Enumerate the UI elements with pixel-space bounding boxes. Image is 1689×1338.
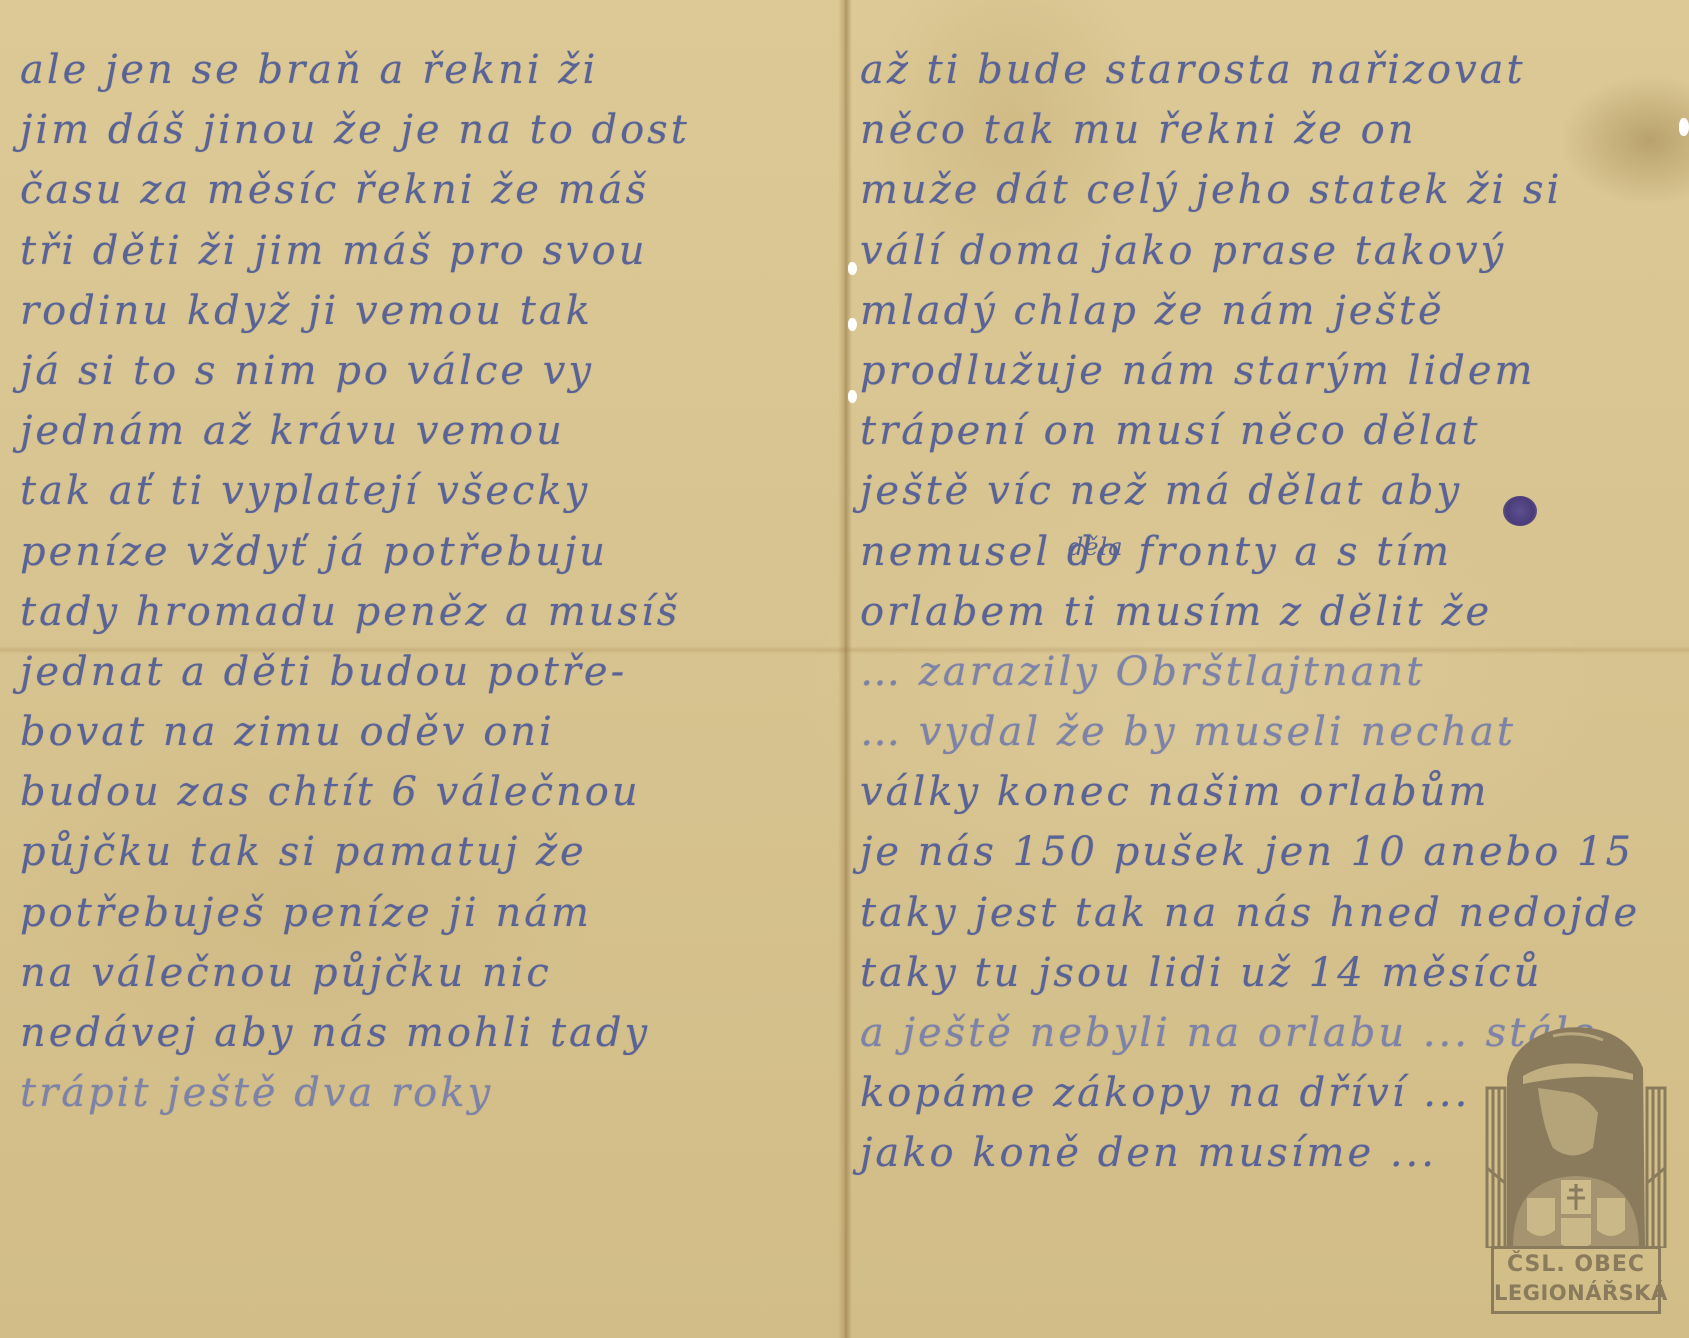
- handwritten-line: trápení on musí něco dělat: [860, 401, 1680, 461]
- handwritten-line: taky tu jsou lidi už 14 měsíců: [860, 943, 1680, 1003]
- handwritten-line: mladý chlap že nám ještě: [860, 281, 1680, 341]
- legionnaire-emblem-icon: [1483, 1018, 1669, 1248]
- paper-hole: [848, 390, 857, 403]
- handwritten-line: já si to s nim po válce vy: [20, 341, 820, 401]
- handwritten-line: tři děti ži jim máš pro svou: [20, 221, 820, 281]
- handwritten-line: ale jen se braň a řekni ži: [20, 40, 820, 100]
- handwritten-line: jednám až krávu vemou: [20, 401, 820, 461]
- paper-hole: [1679, 118, 1689, 136]
- stamp-label-line2: LEGIONÁŘSKÁ: [1494, 1279, 1658, 1307]
- handwritten-line: nedávej aby nás mohli tady: [20, 1003, 820, 1063]
- handwritten-line: půjčku tak si pamatuj že: [20, 822, 820, 882]
- handwritten-line: času za měsíc řekni že máš: [20, 160, 820, 220]
- handwritten-line: taky jest tak na nás hned nedojde: [860, 883, 1680, 943]
- handwritten-line: potřebuješ peníze ji nám: [20, 883, 820, 943]
- paper-hole: [848, 318, 857, 331]
- handwritten-line: budou zas chtít 6 válečnou: [20, 762, 820, 822]
- left-page: ale jen se braň a řekni ži jim dáš jinou…: [20, 40, 820, 1123]
- handwritten-line: na válečnou půjčku nic: [20, 943, 820, 1003]
- interlinear-insert: děla: [1068, 533, 1124, 561]
- handwritten-line: rodinu když ji vemou tak: [20, 281, 820, 341]
- right-page: až ti bude starosta nařizovat něco tak m…: [860, 40, 1680, 1184]
- handwritten-line: trápit ještě dva roky: [20, 1063, 820, 1123]
- handwritten-line: prodlužuje nám starým lidem: [860, 341, 1680, 401]
- handwritten-line: jim dáš jinou že je na to dost: [20, 100, 820, 160]
- handwritten-line: až ti bude starosta nařizovat: [860, 40, 1680, 100]
- handwritten-line: … zarazily Obrštlajtnant: [860, 642, 1680, 702]
- handwritten-line: ještě víc než má dělat aby: [860, 461, 1680, 521]
- ink-blot: [1503, 496, 1537, 526]
- handwritten-line: nemusel do fronty a s tím: [860, 522, 1680, 582]
- handwritten-line: muže dát celý jeho statek ži si: [860, 160, 1680, 220]
- handwritten-line: tady hromadu peněz a musíš: [20, 582, 820, 642]
- stamp-label: ČSL. OBEC LEGIONÁŘSKÁ: [1491, 1246, 1661, 1314]
- handwritten-line: tak ať ti vyplatejí všecky: [20, 461, 820, 521]
- handwritten-line: války konec našim orlabům: [860, 762, 1680, 822]
- handwritten-line: bovat na zimu oděv oni: [20, 702, 820, 762]
- paper-hole: [848, 262, 857, 275]
- handwritten-line: peníze vždyť já potřebuju: [20, 522, 820, 582]
- legion-stamp: ČSL. OBEC LEGIONÁŘSKÁ: [1483, 1018, 1669, 1318]
- handwritten-line: něco tak mu řekni že on: [860, 100, 1680, 160]
- handwritten-line: orlabem ti musím z dělit že: [860, 582, 1680, 642]
- vertical-fold-crease: [838, 0, 852, 1338]
- stamp-label-line1: ČSL. OBEC: [1494, 1251, 1658, 1279]
- handwritten-line: válí doma jako prase takový: [860, 221, 1680, 281]
- handwritten-line: … vydal že by museli nechat: [860, 702, 1680, 762]
- handwritten-line: jednat a děti budou potře-: [20, 642, 820, 702]
- handwritten-line: je nás 150 pušek jen 10 anebo 15: [860, 822, 1680, 882]
